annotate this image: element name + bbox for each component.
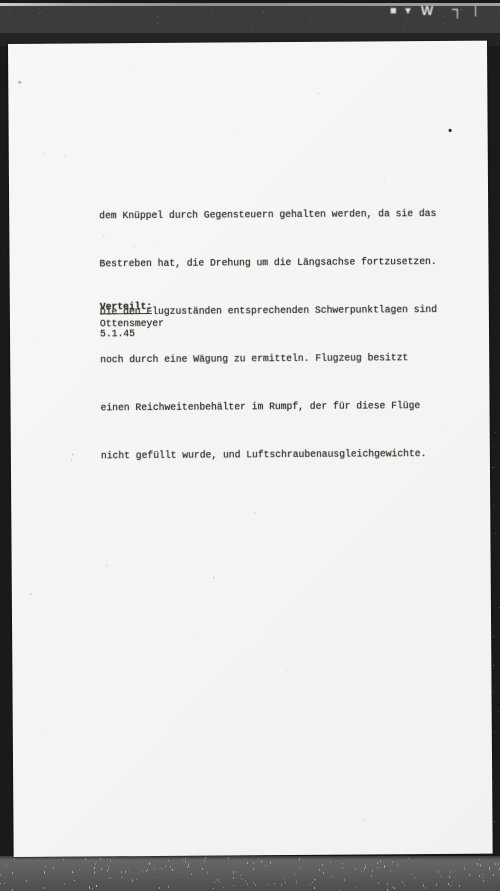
film-speck [4, 882, 5, 884]
film-speck [441, 427, 442, 428]
film-speck [72, 453, 74, 455]
film-speck [493, 10, 494, 11]
film-speck [498, 490, 499, 491]
film-speck [100, 858, 101, 860]
film-speck [377, 862, 378, 864]
paragraph-line: Bestreben hat, die Drehung um die Längsa… [99, 254, 436, 272]
film-speck [41, 730, 42, 731]
film-speck [169, 23, 170, 24]
film-speck [106, 564, 108, 566]
film-speck [232, 32, 233, 33]
film-speck [495, 686, 496, 687]
film-speck [214, 882, 215, 884]
film-speck [142, 300, 144, 301]
film-speck [207, 871, 208, 873]
film-speck [372, 870, 373, 872]
film-speck [12, 872, 13, 874]
film-speck [495, 533, 496, 534]
film-speck [344, 879, 345, 881]
film-speck [494, 732, 495, 733]
film-speck [493, 665, 494, 666]
film-speck [233, 877, 234, 879]
film-speck [128, 870, 129, 871]
film-speck [495, 432, 496, 433]
film-speck [217, 879, 218, 880]
film-speck [404, 884, 405, 886]
frame-mark-bar-icon: | [474, 4, 477, 16]
film-speck [192, 638, 194, 640]
film-speck [191, 873, 192, 875]
film-speck [247, 883, 248, 885]
film-speck [414, 877, 415, 879]
film-frame-marks: ■ ▼ W ┐ | [0, 0, 500, 24]
film-speck [312, 882, 313, 883]
film-speck [378, 882, 379, 884]
ink-speck [449, 129, 452, 132]
film-speck [286, 669, 287, 671]
film-speck [94, 867, 95, 868]
film-speck [142, 870, 143, 872]
film-speck [493, 769, 494, 770]
frame-mark-square-icon: ■ [390, 6, 397, 17]
film-speck [241, 878, 242, 880]
film-speck [386, 29, 387, 30]
distribution-heading: Verteilt: [100, 301, 152, 314]
film-speck [271, 14, 272, 15]
film-speck [364, 819, 365, 820]
body-paragraph: dem Knüppel durch Gegensteuern gehalten … [99, 174, 438, 496]
film-speck [132, 879, 133, 881]
film-bottom-band [0, 856, 500, 891]
film-speck [168, 9, 169, 10]
film-speck [296, 881, 297, 883]
distribution-date: 5.1.45 [100, 328, 135, 339]
film-speck [71, 459, 72, 460]
paper-smudge [18, 81, 21, 84]
film-speck [87, 8, 88, 9]
film-speck [197, 887, 198, 888]
film-speck [137, 10, 138, 11]
film-speck [44, 871, 45, 874]
film-speck [205, 857, 206, 859]
film-speck [261, 860, 262, 863]
film-speck [213, 576, 214, 578]
film-speck [89, 886, 90, 888]
film-speck [315, 879, 316, 880]
film-speck [342, 867, 343, 869]
microfilm-frame: ■ ▼ W ┐ | dem Knüppel durch Gegensteuern… [0, 0, 500, 891]
film-speck [493, 691, 494, 692]
document-page: dem Knüppel durch Gegensteuern gehalten … [8, 41, 493, 857]
film-speck [493, 636, 494, 637]
film-speck [14, 858, 15, 861]
film-speck [245, 880, 246, 882]
film-speck [35, 341, 36, 342]
paragraph-line: nicht gefüllt wurde, und Luftschraubenau… [101, 446, 438, 464]
film-speck [159, 453, 160, 455]
film-speck [493, 446, 494, 447]
film-speck [382, 20, 383, 21]
film-speck [436, 883, 437, 886]
film-speck [234, 131, 235, 132]
film-speck [330, 861, 331, 863]
film-speck [442, 15, 443, 16]
film-speck [133, 64, 135, 65]
film-speck [236, 871, 237, 872]
film-speck [492, 467, 493, 468]
film-speck [270, 861, 271, 863]
film-speck [246, 20, 247, 21]
film-speck [299, 868, 300, 869]
film-speck [319, 869, 320, 870]
film-speck [147, 869, 148, 871]
film-speck [493, 783, 494, 784]
film-speck [253, 868, 254, 870]
film-speck [233, 885, 234, 887]
film-speck [469, 875, 470, 876]
paragraph-line: einen Reichweitenbehälter im Rumpf, der … [100, 398, 437, 416]
frame-mark-corner-icon: ┐ [452, 2, 463, 17]
film-speck [172, 869, 173, 870]
film-speck [37, 860, 38, 862]
film-speck [493, 505, 494, 506]
film-speck [423, 884, 424, 886]
film-speck [363, 871, 364, 873]
film-speck [318, 92, 319, 94]
film-speck [310, 18, 311, 19]
film-speck [477, 863, 478, 864]
film-speck [480, 864, 481, 866]
film-speck [494, 821, 495, 822]
film-speck [281, 884, 282, 886]
film-speck [402, 881, 403, 884]
paragraph-line: noch durch eine Wägung zu ermitteln. Flu… [100, 350, 437, 368]
film-speck [493, 625, 494, 626]
film-speck [448, 883, 449, 885]
film-speck [48, 25, 49, 26]
film-speck [254, 512, 256, 514]
film-speck [182, 12, 183, 13]
film-speck [494, 467, 495, 468]
film-speck [95, 863, 96, 865]
film-speck [30, 593, 31, 595]
film-speck [449, 876, 450, 878]
film-speck [43, 153, 45, 154]
film-speck [304, 14, 305, 15]
film-speck [439, 10, 440, 11]
film-speck [365, 864, 366, 866]
film-speck [489, 867, 490, 869]
film-speck [479, 875, 480, 877]
frame-mark-triangle-icon: ▼ [403, 7, 413, 17]
film-speck [81, 415, 82, 417]
film-speck [323, 872, 324, 874]
film-speck [182, 859, 183, 861]
film-speck [65, 155, 66, 157]
frame-mark-letter: W [421, 4, 434, 17]
film-speck [245, 11, 246, 12]
film-speck [185, 858, 186, 860]
film-speck [267, 19, 268, 20]
film-speck [450, 885, 451, 887]
film-speck [498, 711, 499, 712]
film-speck [187, 867, 188, 868]
paragraph-line: dem Knüppel durch Gegensteuern gehalten … [99, 206, 436, 224]
